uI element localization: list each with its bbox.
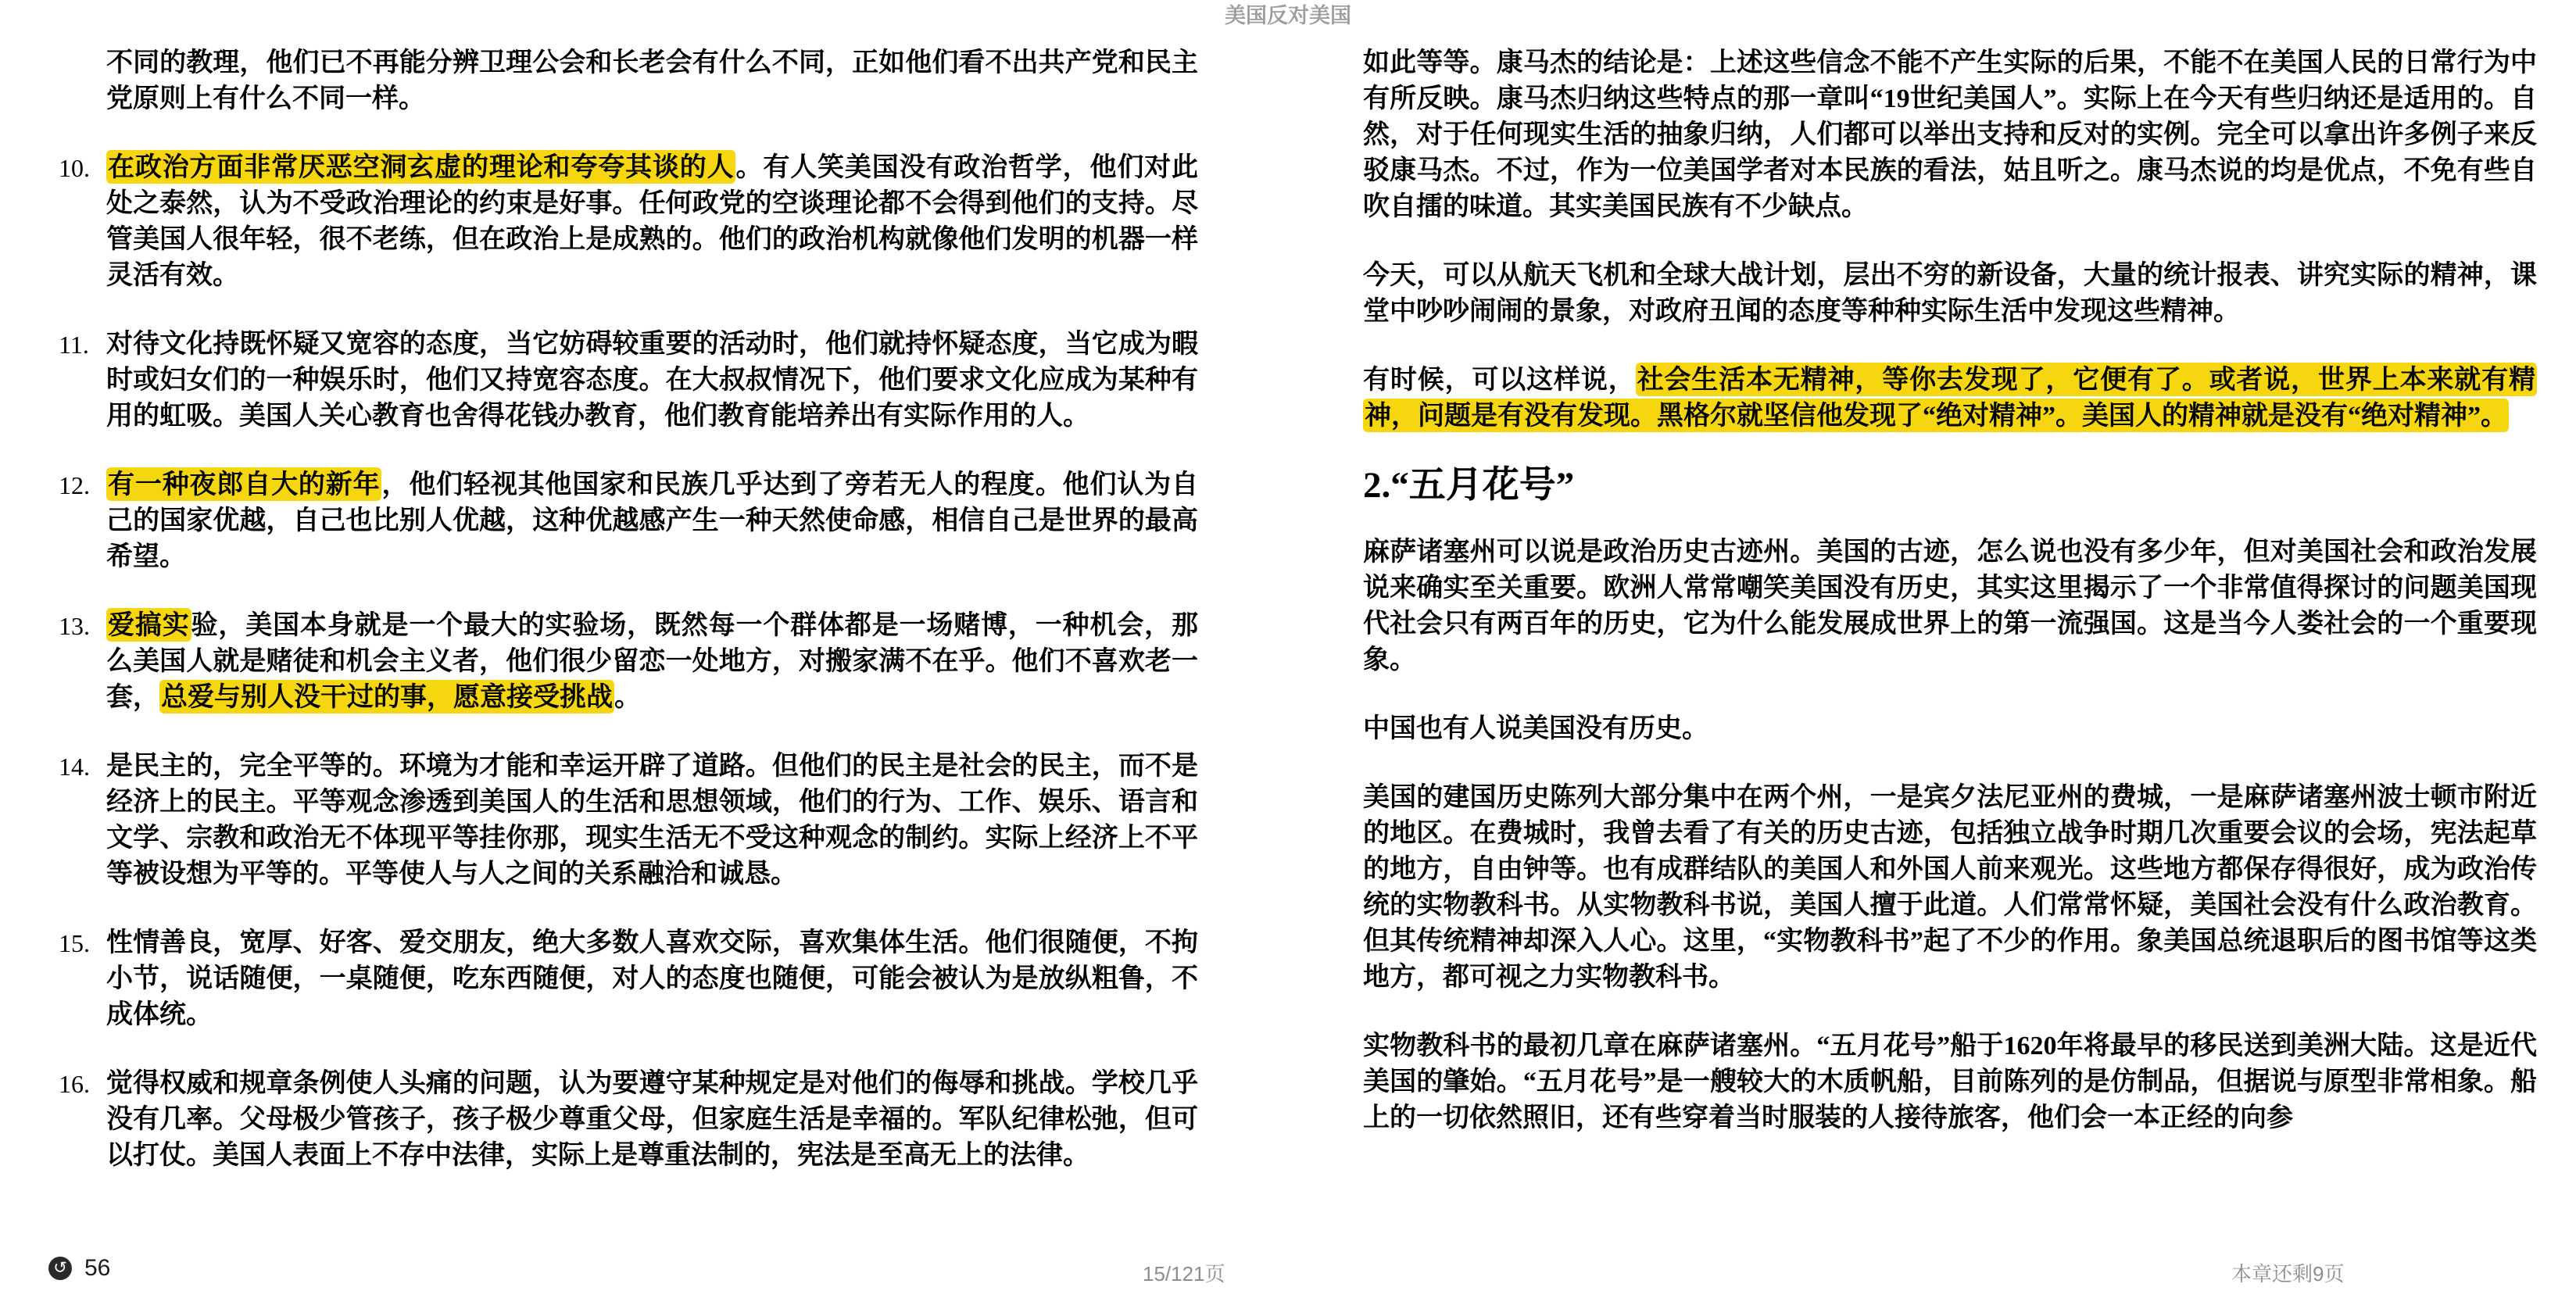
paragraph: 有时候，可以这样说，社会生活本无精神，等你去发现了，它便有了。或者说，世界上本来…: [1363, 363, 2537, 435]
text-segment: 实物教科书的最初几章在麻萨诸塞州。“五月花号”船于1620年将最早的移民送到美洲…: [1363, 1032, 2537, 1132]
book-title: 美国反对美国: [1225, 0, 1351, 31]
highlighted-segment[interactable]: 总爱与别人没干过的事，愿意接受挑战: [159, 680, 614, 713]
paragraph: 美国的建国历史陈列大部分集中在两个州，一是宾夕法尼亚州的费城，一是麻萨诸塞州波士…: [1363, 780, 2537, 996]
text-segment: 对待文化持既怀疑又宽容的态度，当它妨碍较重要的活动时，他们就持怀疑态度，当它成为…: [106, 330, 1198, 431]
text-segment: 是民主的，完全平等的。环境为才能和幸运开辟了道路。但他们的民主是社会的民主，而不…: [106, 752, 1198, 889]
text-segment: 如此等等。康马杰的结论是：上述这些信念不能不产生实际的后果，不能不在美国人民的日…: [1363, 48, 2537, 221]
list-item-12: 12.有一种夜郎自大的新年，他们轻视其他国家和民族几乎达到了旁若无人的程度。他们…: [59, 467, 1198, 575]
list-item-16: 16.觉得权威和规章条例使人头痛的问题，认为要遵守某种规定是对他们的侮辱和挑战。…: [59, 1066, 1198, 1174]
list-item-13: 13.爱搞实验，美国本身就是一个最大的实验场，既然每一个群体都是一场赌博，一种机…: [59, 608, 1198, 716]
paragraph: 中国也有人说美国没有历史。: [1363, 711, 2537, 747]
paragraph: 如此等等。康马杰的结论是：上述这些信念不能不产生实际的后果，不能不在美国人民的日…: [1363, 45, 2537, 225]
right-column: 如此等等。康马杰的结论是：上述这些信念不能不产生实际的后果，不能不在美国人民的日…: [1363, 45, 2537, 1169]
chapter-pages-remaining: 本章还剩9页: [2231, 1258, 2344, 1287]
footer-left-group: ↺ 56: [48, 1255, 110, 1282]
item-number: 16.: [59, 1066, 90, 1102]
highlighted-segment[interactable]: 爱搞实: [106, 608, 191, 642]
item-number: 13.: [59, 608, 90, 644]
reading-progress: 15/121页: [1143, 1258, 1225, 1287]
text-segment: 不同的教理，他们已不再能分辨卫理公会和长老会有什么不同，正如他们看不出共产党和民…: [106, 48, 1198, 113]
text-segment: 中国也有人说美国没有历史。: [1363, 714, 1708, 743]
section-heading: 2.“五月花号”: [1363, 467, 2537, 503]
text-segment: 有时候，可以这样说，: [1363, 366, 1636, 395]
paragraph: 今天，可以从航天飞机和全球大战计划，层出不穷的新设备，大量的统计报表、讲究实际的…: [1363, 258, 2537, 330]
item-number: 15.: [59, 925, 90, 961]
continued-paragraph: 不同的教理，他们已不再能分辨卫理公会和长老会有什么不同，正如他们看不出共产党和民…: [59, 45, 1198, 117]
list-item-11: 11.对待文化持既怀疑又宽容的态度，当它妨碍较重要的活动时，他们就持怀疑态度，当…: [59, 327, 1198, 435]
item-number: 11.: [59, 327, 89, 363]
page-number: 56: [84, 1255, 110, 1282]
list-item-10: 10.在政治方面非常厌恶空洞玄虚的理论和夸夸其谈的人。有人笑美国没有政治哲学，他…: [59, 150, 1198, 294]
text-segment: 麻萨诸塞州可以说是政治历史古迹州。美国的古迹，怎么说也没有多少年，但对美国社会和…: [1363, 538, 2537, 674]
text-segment: 今天，可以从航天飞机和全球大战计划，层出不穷的新设备，大量的统计报表、讲究实际的…: [1363, 261, 2537, 326]
back-button[interactable]: ↺: [48, 1257, 72, 1280]
item-number: 14.: [59, 749, 90, 785]
list-item-14: 14.是民主的，完全平等的。环境为才能和幸运开辟了道路。但他们的民主是社会的民主…: [59, 749, 1198, 892]
paragraph: 实物教科书的最初几章在麻萨诸塞州。“五月花号”船于1620年将最早的移民送到美洲…: [1363, 1028, 2537, 1136]
list-item-15: 15.性情善良，宽厚、好客、爱交朋友，绝大多数人喜欢交际，喜欢集体生活。他们很随…: [59, 925, 1198, 1033]
highlighted-segment[interactable]: 有一种夜郎自大的新年: [106, 467, 381, 501]
item-number: 12.: [59, 467, 90, 503]
text-segment: 觉得权威和规章条例使人头痛的问题，认为要遵守某种规定是对他们的侮辱和挑战。学校几…: [106, 1069, 1198, 1170]
text-segment: 美国的建国历史陈列大部分集中在两个州，一是宾夕法尼亚州的费城，一是麻萨诸塞州波士…: [1363, 783, 2537, 992]
reader-footer: ↺ 56 15/121页 本章还剩9页: [0, 1249, 2576, 1291]
text-segment: 性情善良，宽厚、好客、爱交朋友，绝大多数人喜欢交际，喜欢集体生活。他们很随便，不…: [106, 928, 1198, 1029]
highlighted-segment[interactable]: 在政治方面非常厌恶空洞玄虚的理论和夸夸其谈的人: [106, 150, 735, 184]
left-column: 不同的教理，他们已不再能分辨卫理公会和长老会有什么不同，正如他们看不出共产党和民…: [59, 45, 1198, 1207]
paragraph: 麻萨诸塞州可以说是政治历史古迹州。美国的古迹，怎么说也没有多少年，但对美国社会和…: [1363, 535, 2537, 678]
text-segment: 。: [614, 683, 641, 712]
undo-arrow-icon: ↺: [53, 1260, 67, 1276]
item-number: 10.: [59, 150, 90, 186]
reader-header: 美国反对美国: [0, 0, 2576, 34]
